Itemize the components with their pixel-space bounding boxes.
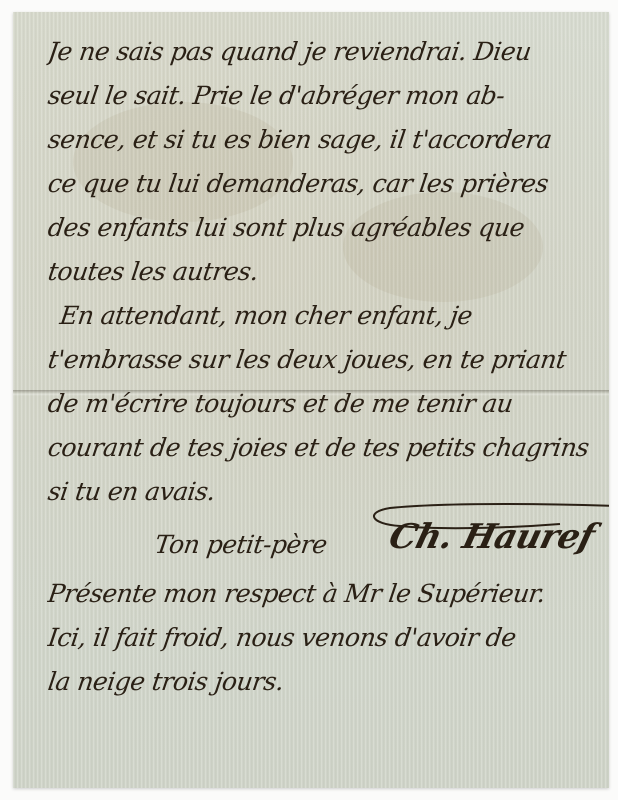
letter-line: toutes les autres. [45, 250, 609, 294]
signature: Ch. Hauref [383, 508, 601, 566]
postscript-line: la neige trois jours. [45, 660, 609, 704]
letter-line: des enfants lui sont plus agréables que [45, 206, 609, 250]
letter-line: En attendant, mon cher enfant, je [45, 294, 609, 338]
letter-line: Je ne sais pas quand je reviendrai. Dieu [45, 30, 609, 74]
letter-line: t'embrasse sur les deux joues, en te pri… [45, 338, 609, 382]
closing-row: Ton petit-père Ch. Hauref [45, 514, 605, 572]
letter-line: sence, et si tu es bien sage, il t'accor… [45, 118, 609, 162]
postscript-line: Présente mon respect à Mr le Supérieur. [45, 572, 609, 616]
postscript-line: Ici, il fait froid, nous venons d'avoir … [45, 616, 609, 660]
letter-line: seul le sait. Prie le d'abréger mon ab- [45, 74, 609, 118]
letter-line: de m'écrire toujours et de me tenir au [45, 382, 609, 426]
letter-page: Je ne sais pas quand je reviendrai. Dieu… [13, 12, 609, 788]
letter-line: ce que tu lui demanderas, car les prière… [45, 162, 609, 206]
letter-line: courant de tes joies et de tes petits ch… [45, 426, 609, 470]
closing-text: Ton petit-père [151, 516, 331, 574]
letter-body: Je ne sais pas quand je reviendrai. Dieu… [45, 30, 605, 704]
